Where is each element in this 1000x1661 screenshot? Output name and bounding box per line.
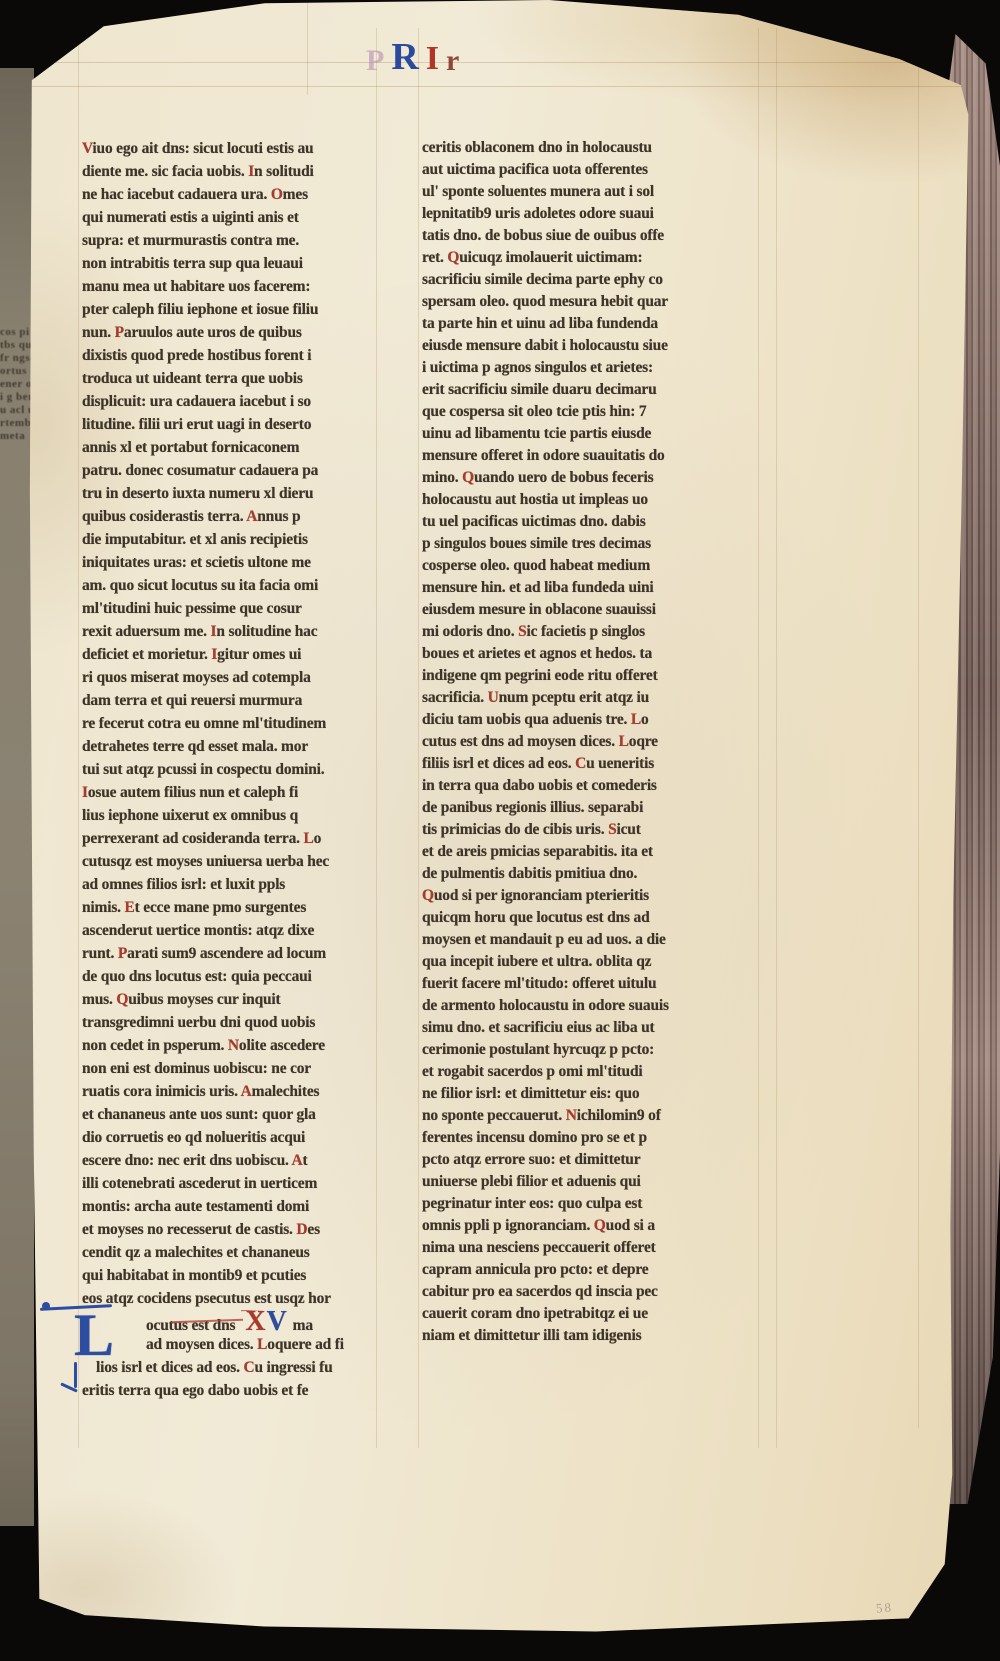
text-line: ceritis oblaconem dno in holocaustu	[422, 137, 754, 159]
text-column-right: ceritis oblaconem dno in holocaustuaut u…	[422, 137, 754, 1347]
previous-page-edge: cos pi utbs qui fr ngso ortus m ener oqi…	[0, 68, 34, 1526]
text-line: qui numerati estis a uiginti anis et	[82, 206, 374, 229]
text-line: et chananeus ante uos sunt: quor gla	[82, 1103, 374, 1126]
text-line: pter caleph filiu iephone et iosue filiu	[82, 298, 374, 321]
text-line: tatis dno. de bobus siue de ouibus offe	[422, 225, 754, 247]
ruling-line-horizontal	[28, 62, 975, 63]
text-line: mi odoris dno. Sic facietis p singlos	[422, 621, 754, 643]
chapter-number-xv: XV	[245, 1310, 286, 1333]
text-line: patru. donec cosumatur cadauera pa	[82, 459, 374, 482]
text-line: et rogabit sacerdos p omi ml'titudi	[422, 1061, 754, 1083]
ruling-line-vertical	[776, 28, 777, 1448]
text-line: nima una nesciens peccauerit offeret	[422, 1237, 754, 1259]
running-title-flourish-letter: P	[366, 46, 384, 76]
text-line: mino. Quando uero de bobus feceris	[422, 467, 754, 489]
ruling-line-vertical	[376, 28, 377, 1448]
text-line: capram annicula pro pcto: et depre	[422, 1259, 754, 1281]
text-line: cutusqz est moyses uniuersa uerba hec	[82, 850, 374, 873]
text-line: perrexerant ad cosideranda terra. Lo	[82, 827, 374, 850]
text-line: eritis terra qua ego dabo uobis et fe	[82, 1379, 374, 1402]
chapter-initial-L: L	[74, 1306, 134, 1378]
text-line: de quo dns locutus est: quia peccaui	[82, 965, 374, 988]
text-line: omnis ppli p ignoranciam. Quod si a	[422, 1215, 754, 1237]
text-line: diente me. sic facia uobis. In solitudi	[82, 160, 374, 183]
text-line: ferentes incensu domino pro se et p	[422, 1127, 754, 1149]
text-line: de panibus regionis illius. separabi	[422, 797, 754, 819]
text-line: boues et arietes et agnos et hedos. ta	[422, 643, 754, 665]
text-line: cerimonie postulant hyrcuqz p pcto:	[422, 1039, 754, 1061]
text-line: cabitur pro ea sacerdos qd inscia pec	[422, 1281, 754, 1303]
ruling-line-vertical	[78, 28, 79, 1448]
text-line: ul' sponte soluentes munera aut i sol	[422, 181, 754, 203]
text-line: et de areis pmicias separabitis. ita et	[422, 841, 754, 863]
manuscript-photo: cos pi utbs qui fr ngso ortus m ener oqi…	[0, 0, 1000, 1661]
text-line: p singulos boues simile tres decimas	[422, 533, 754, 555]
text-line: spersam oleo. quod mesura hebit quar	[422, 291, 754, 313]
text-line: sacrificiu simile decima parte ephy co	[422, 269, 754, 291]
text-line: transgredimni uerbu dni quod uobis	[82, 1011, 374, 1034]
text-line: ret. Quicuqz imolauerit uictimam:	[422, 247, 754, 269]
text-line: sacrificia. Unum pceptu erit atqz iu	[422, 687, 754, 709]
text-line: no sponte peccauerut. Nichilomin9 of	[422, 1105, 754, 1127]
text-line: niam et dimittetur illi tam idigenis	[422, 1325, 754, 1347]
text-line: holocaustu aut hostia ut impleas uo	[422, 489, 754, 511]
text-line: eiusdem mesure in oblacone suauissi	[422, 599, 754, 621]
text-line: ri quos miserat moyses ad cotempla	[82, 666, 374, 689]
text-line: am. quo sicut locutus su ita facia omi	[82, 574, 374, 597]
text-line: ascenderut uertice montis: atqz dixe	[82, 919, 374, 942]
text-line: deficiet et morietur. Igitur omes ui	[82, 643, 374, 666]
text-line: ml'titudini huic pessime que cosur	[82, 597, 374, 620]
text-line: Viuo ego ait dns: sicut locuti estis au	[82, 137, 374, 160]
text-line: troduca ut uideant terra que uobis	[82, 367, 374, 390]
text-line: montis: archa aute testamenti domi	[82, 1195, 374, 1218]
text-line: iniquitates uras: et scietis ultone me	[82, 551, 374, 574]
text-line: qua incepit iubere et ultra. oblita qz	[422, 951, 754, 973]
text-line: re fecerut cotra eu omne ml'titudinem	[82, 712, 374, 735]
text-line: annis xl et portabut fornicaconem	[82, 436, 374, 459]
text-line: nun. Paruulos aute uros de quibus	[82, 321, 374, 344]
text-line: dio corruetis eo qd nolueritis acqui	[82, 1126, 374, 1149]
text-line: cutus est dns ad moysen dices. Loqre	[422, 731, 754, 753]
text-line: supra: et murmurastis contra me.	[82, 229, 374, 252]
text-line: die imputabitur. et xl anis recipietis	[82, 528, 374, 551]
text-line: filiis isrl et dices ad eos. Cu ueneriti…	[422, 753, 754, 775]
text-line: uinu ad libamentu tcie partis eiusde	[422, 423, 754, 445]
ruling-line-vertical	[418, 28, 419, 1448]
text-line: tu uel pacificas uictimas dno. dabis	[422, 511, 754, 533]
running-title: PRIr	[366, 38, 459, 76]
column-left-upper-lines: Viuo ego ait dns: sicut locuti estis aud…	[82, 137, 374, 1310]
text-column-left: Viuo ego ait dns: sicut locuti estis aud…	[82, 137, 374, 1402]
text-line: mensure hin. et ad liba fundeda uini	[422, 577, 754, 599]
text-line: pcto atqz errore suo: et dimittetur	[422, 1149, 754, 1171]
text-line: displicuit: ura cadauera iacebut i so	[82, 390, 374, 413]
pencil-folio-number: 58	[875, 1599, 893, 1616]
text-line: illi cotenebrati ascederut in uerticem	[82, 1172, 374, 1195]
text-line: cauerit coram dno ipetrabitqz ei ue	[422, 1303, 754, 1325]
text-line: uniuerse plebi filior et aduenis qui	[422, 1171, 754, 1193]
text-line: pegrinatur inter eos: quo culpa est	[422, 1193, 754, 1215]
running-title-letter-r: R	[391, 38, 418, 76]
text-line: tis primicias do de cibis uris. Sicut	[422, 819, 754, 841]
text-line: de armento holocaustu in odore suauis	[422, 995, 754, 1017]
text-line: indigene qm pegrini eode ritu offeret	[422, 665, 754, 687]
text-line: non eni est dominus uobiscu: ne cor	[82, 1057, 374, 1080]
text-line: diciu tam uobis qua aduenis tre. Lo	[422, 709, 754, 731]
text-line: tru in deserto iuxta numeru xl dieru	[82, 482, 374, 505]
text-line: rexit aduersum me. In solitudine hac	[82, 620, 374, 643]
text-line: que cospersa sit oleo tcie ptis hin: 7	[422, 401, 754, 423]
text-line: manu mea ut habitare uos facerem:	[82, 275, 374, 298]
text-line: Quod si per ignoranciam pterieritis	[422, 885, 754, 907]
text-line: quibus cosiderastis terra. Annus p	[82, 505, 374, 528]
text-line: lepnitatib9 uris adoletes odore suaui	[422, 203, 754, 225]
text-line: Iosue autem filius nun et caleph fi	[82, 781, 374, 804]
text-line: simu dno. et sacrificiu eius ac liba ut	[422, 1017, 754, 1039]
text-line: non intrabitis terra sup qua leuaui	[82, 252, 374, 275]
text-line: ad moysen dices. Loquere ad fi	[146, 1333, 374, 1356]
text-line: mensure offeret in odore suauitatis do	[422, 445, 754, 467]
text-line: runt. Parati sum9 ascendere ad locum	[82, 942, 374, 965]
running-title-letter-i: I	[426, 42, 439, 76]
text-line: de pulmentis dabitis pmitiua dno.	[422, 863, 754, 885]
ruling-line-vertical	[918, 28, 919, 1428]
text-line: detrahetes terre qd esset mala. mor	[82, 735, 374, 758]
text-line: lius iephone uixerut ex omnibus q	[82, 804, 374, 827]
text-line: ne hac iacebut cadauera ura. Omes	[82, 183, 374, 206]
text-line: tui sut atqz pcussi in cospectu domini.	[82, 758, 374, 781]
text-line: et moyses no recesserut de castis. Des	[82, 1218, 374, 1241]
text-line: nimis. Et ecce mane pmo surgentes	[82, 896, 374, 919]
ruling-line-vertical	[758, 28, 759, 1448]
parchment-crease	[307, 0, 308, 95]
text-line: ad omnes filios isrl: et luxit ppls	[82, 873, 374, 896]
running-title-partial-letter: r	[446, 46, 459, 76]
text-line: qui habitabat in montib9 et pcuties	[82, 1264, 374, 1287]
text-line: ne filior isrl: et dimittetur eis: quo	[422, 1083, 754, 1105]
text-line: non cedet in psperum. Nolite ascedere	[82, 1034, 374, 1057]
text-line: dixistis quod prede hostibus forent i	[82, 344, 374, 367]
text-line: cosperse oleo. quod habeat medium	[422, 555, 754, 577]
text-line: ruatis cora inimicis uris. Amalechites	[82, 1080, 374, 1103]
initial-flourish	[42, 1302, 50, 1310]
text-line: escere dno: nec erit dns uobiscu. At	[82, 1149, 374, 1172]
parchment-page: PRIr Viuo ego ait dns: sicut locuti esti…	[28, 0, 975, 1638]
previous-page-text-fragments: cos pi utbs qui fr ngso ortus m ener oqi…	[0, 326, 34, 443]
text-line: moysen et mandauit p eu ad uos. a die	[422, 929, 754, 951]
text-line: mus. Quibus moyses cur inquit	[82, 988, 374, 1011]
text-line: dam terra et qui reuersi murmura	[82, 689, 374, 712]
text-line: i uictima p agnos singulos et arietes:	[422, 357, 754, 379]
text-line: aut uictima pacifica uota offerentes	[422, 159, 754, 181]
text-line: ta parte hin et uinu ad liba fundenda	[422, 313, 754, 335]
text-line: quicqm horu que locutus est dns ad	[422, 907, 754, 929]
text-line: ocutus est dnsXVma	[146, 1310, 374, 1333]
text-line: erit sacrificiu simile duaru decimaru	[422, 379, 754, 401]
ruling-line-horizontal	[28, 86, 975, 87]
text-line: litudine. filii uri erut uagi in deserto	[82, 413, 374, 436]
text-line: cendit qz a malechites et chananeus	[82, 1241, 374, 1264]
initial-flourish	[74, 1362, 77, 1388]
chapter-xv-block: L ocutus est dnsXVma ad moysen dices. Lo…	[82, 1310, 374, 1356]
text-line: eiusde mensure dabit i holocaustu siue	[422, 335, 754, 357]
text-line: in terra qua dabo uobis et comederis	[422, 775, 754, 797]
text-line: fuerit facere ml'titudo: offeret uitulu	[422, 973, 754, 995]
